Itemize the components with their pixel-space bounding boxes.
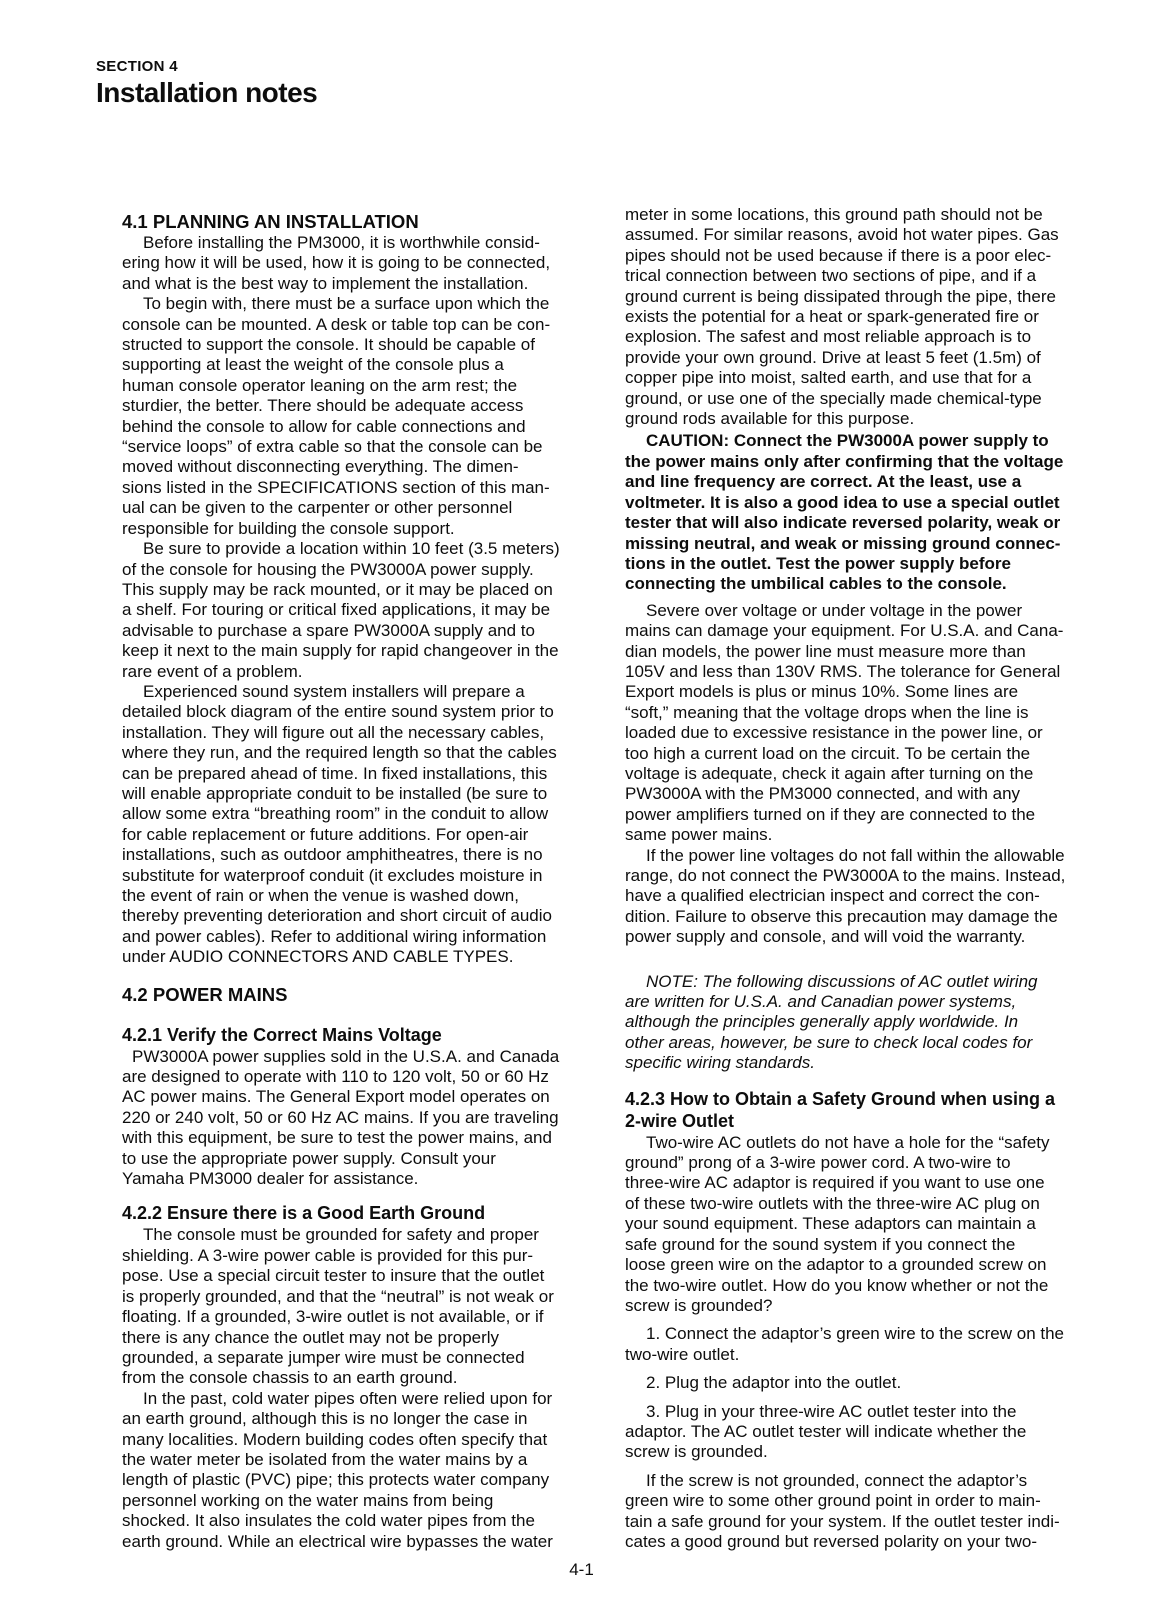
right-column: meter in some locations, this ground pat…	[625, 205, 1117, 1552]
page-header: SECTION 4 Installation notes	[96, 58, 317, 109]
paragraph-note-ac-wiring: NOTE: The following discussions of AC ou…	[625, 972, 1117, 1074]
heading-4-1-planning: 4.1 PLANNING AN INSTALLATION	[122, 211, 614, 233]
heading-4-2-3-safety-ground: 4.2.3 How to Obtain a Safety Ground when…	[625, 1088, 1117, 1132]
section-label: SECTION 4	[96, 58, 317, 75]
manual-page: SECTION 4 Installation notes 4.1 PLANNIN…	[0, 0, 1163, 1601]
paragraph-earth-ground: The console must be grounded for safety …	[122, 1225, 614, 1388]
paragraph-two-wire-outlets: Two-wire AC outlets do not have a hole f…	[625, 1133, 1117, 1317]
page-footer: 4-1	[0, 1560, 1163, 1580]
paragraph-verify-voltage: PW3000A power supplies sold in the U.S.A…	[122, 1047, 614, 1190]
paragraph-planning-installers: Experienced sound system installers will…	[122, 682, 614, 968]
page-number: 4-1	[569, 1560, 594, 1579]
heading-4-2-1-verify-voltage: 4.2.1 Verify the Correct Mains Voltage	[122, 1024, 614, 1046]
paragraph-over-voltage: Severe over voltage or under voltage in …	[625, 601, 1117, 846]
paragraph-planning-surface: To begin with, there must be a surface u…	[122, 294, 614, 539]
paragraph-planning-location: Be sure to provide a location within 10 …	[122, 539, 614, 682]
list-item-2: 2. Plug the adaptor into the outlet.	[625, 1373, 1117, 1393]
paragraph-voltage-range: If the power line voltages do not fall w…	[625, 846, 1117, 948]
paragraph-screw-not-grounded: If the screw is not grounded, connect th…	[625, 1471, 1117, 1553]
heading-4-2-2-earth-ground: 4.2.2 Ensure there is a Good Earth Groun…	[122, 1202, 614, 1224]
list-item-1: 1. Connect the adaptor’s green wire to t…	[625, 1324, 1117, 1365]
paragraph-planning-intro: Before installing the PM3000, it is wort…	[122, 233, 614, 294]
left-column: 4.1 PLANNING AN INSTALLATION Before inst…	[122, 205, 614, 1552]
paragraph-ground-path-continued: meter in some locations, this ground pat…	[625, 205, 1117, 429]
page-title: Installation notes	[96, 77, 317, 109]
paragraph-cold-water-pipes: In the past, cold water pipes often were…	[122, 1389, 614, 1552]
list-item-3: 3. Plug in your three-wire AC outlet tes…	[625, 1402, 1117, 1463]
heading-4-2-power-mains: 4.2 POWER MAINS	[122, 984, 614, 1006]
paragraph-caution: CAUTION: Connect the PW3000A power suppl…	[625, 431, 1117, 594]
